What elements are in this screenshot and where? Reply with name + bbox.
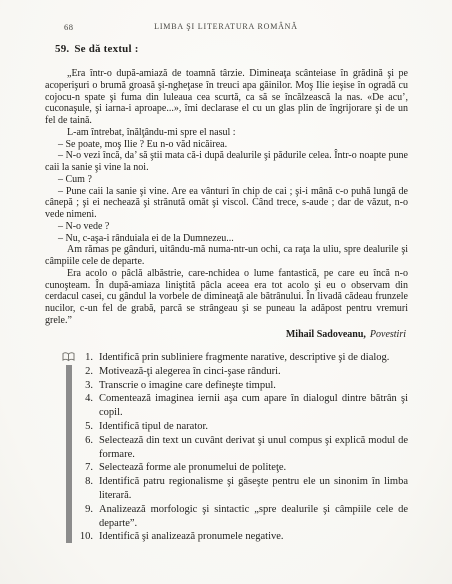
task-number: 8. bbox=[78, 475, 93, 503]
attribution: Mihail Sadoveanu,Povestiri bbox=[45, 329, 406, 340]
task-text: Identifică şi analizează pronumele negat… bbox=[99, 530, 408, 544]
quote-dialog-line: – N-o vede ? bbox=[45, 221, 408, 233]
task-number: 9. bbox=[78, 503, 93, 531]
exercise-title: Se dă textul : bbox=[74, 43, 138, 55]
task-text: Identifică patru regionalisme şi găseşte… bbox=[99, 475, 408, 503]
quote-dialog-line: – N-o vezi încă, da’ să ştii mata că-i d… bbox=[45, 150, 408, 174]
quote-block: „Era într-o după-amiază de toamnă târzie… bbox=[45, 68, 408, 327]
work-title: Povestiri bbox=[370, 329, 406, 340]
task-text: Selectează din text un cuvânt derivat şi… bbox=[99, 434, 408, 462]
task-item: 10. Identifică şi analizează pronumele n… bbox=[78, 530, 408, 544]
open-book-icon bbox=[62, 352, 75, 362]
author-name: Mihail Sadoveanu, bbox=[286, 329, 366, 340]
task-item: 1. Identifică prin subliniere fragmente … bbox=[78, 351, 408, 365]
task-number: 2. bbox=[78, 365, 93, 379]
task-text: Motivează-ţi alegerea în cinci-şase rând… bbox=[99, 365, 408, 379]
quote-dialog-line: – Pune caii la sanie şi vine. Are ea vân… bbox=[45, 186, 408, 221]
quote-paragraph: Era acolo o pâclă albăstrie, care-nchide… bbox=[45, 268, 408, 327]
task-number: 6. bbox=[78, 434, 93, 462]
quote-dialog-line: – Cum ? bbox=[45, 174, 408, 186]
task-item: 3. Transcrie o imagine care defineşte ti… bbox=[78, 379, 408, 393]
exercise-number: 59. bbox=[55, 43, 69, 55]
task-number: 4. bbox=[78, 392, 93, 420]
task-number: 1. bbox=[78, 351, 93, 365]
task-number: 10. bbox=[78, 530, 93, 544]
exercise-heading: 59.Se dă textul : bbox=[55, 43, 139, 55]
running-title: LIMBA ŞI LITERATURA ROMÂNĂ bbox=[0, 22, 452, 31]
task-text: Identifică tipul de narator. bbox=[99, 420, 408, 434]
book-page: 68 LIMBA ŞI LITERATURA ROMÂNĂ 59.Se dă t… bbox=[0, 0, 452, 584]
task-item: 7. Selectează forme ale pronumelui de po… bbox=[78, 461, 408, 475]
task-text: Comentează imaginea iernii aşa cum apare… bbox=[99, 392, 408, 420]
task-text: Selectează forme ale pronumelui de polit… bbox=[99, 461, 408, 475]
task-text: Analizează morfologic şi sintactic „spre… bbox=[99, 503, 408, 531]
task-item: 9. Analizează morfologic şi sintactic „s… bbox=[78, 503, 408, 531]
task-item: 6. Selectează din text un cuvânt derivat… bbox=[78, 434, 408, 462]
task-list: 1. Identifică prin subliniere fragmente … bbox=[78, 351, 408, 544]
task-number: 3. bbox=[78, 379, 93, 393]
quote-dialog-line: – Se poate, moş Ilie ? Eu n-o văd nicăir… bbox=[45, 139, 408, 151]
task-number: 7. bbox=[78, 461, 93, 475]
quote-paragraph: Am rămas pe gânduri, uitându-mă numa-ntr… bbox=[45, 244, 408, 268]
quote-dialog-line: – Nu, c-aşa-i rânduiala ei de la Dumneze… bbox=[45, 233, 408, 245]
quote-paragraph: L-am întrebat, înălţându-mi spre el nasu… bbox=[45, 127, 408, 139]
tasks-accent-bar bbox=[66, 365, 72, 543]
task-item: 2. Motivează-ţi alegerea în cinci-şase r… bbox=[78, 365, 408, 379]
task-number: 5. bbox=[78, 420, 93, 434]
task-item: 4. Comentează imaginea iernii aşa cum ap… bbox=[78, 392, 408, 420]
task-text: Identifică prin subliniere fragmente nar… bbox=[99, 351, 408, 365]
quote-paragraph: „Era într-o după-amiază de toamnă târzie… bbox=[45, 68, 408, 127]
task-item: 8. Identifică patru regionalisme şi găse… bbox=[78, 475, 408, 503]
task-item: 5. Identifică tipul de narator. bbox=[78, 420, 408, 434]
task-text: Transcrie o imagine care defineşte timpu… bbox=[99, 379, 408, 393]
